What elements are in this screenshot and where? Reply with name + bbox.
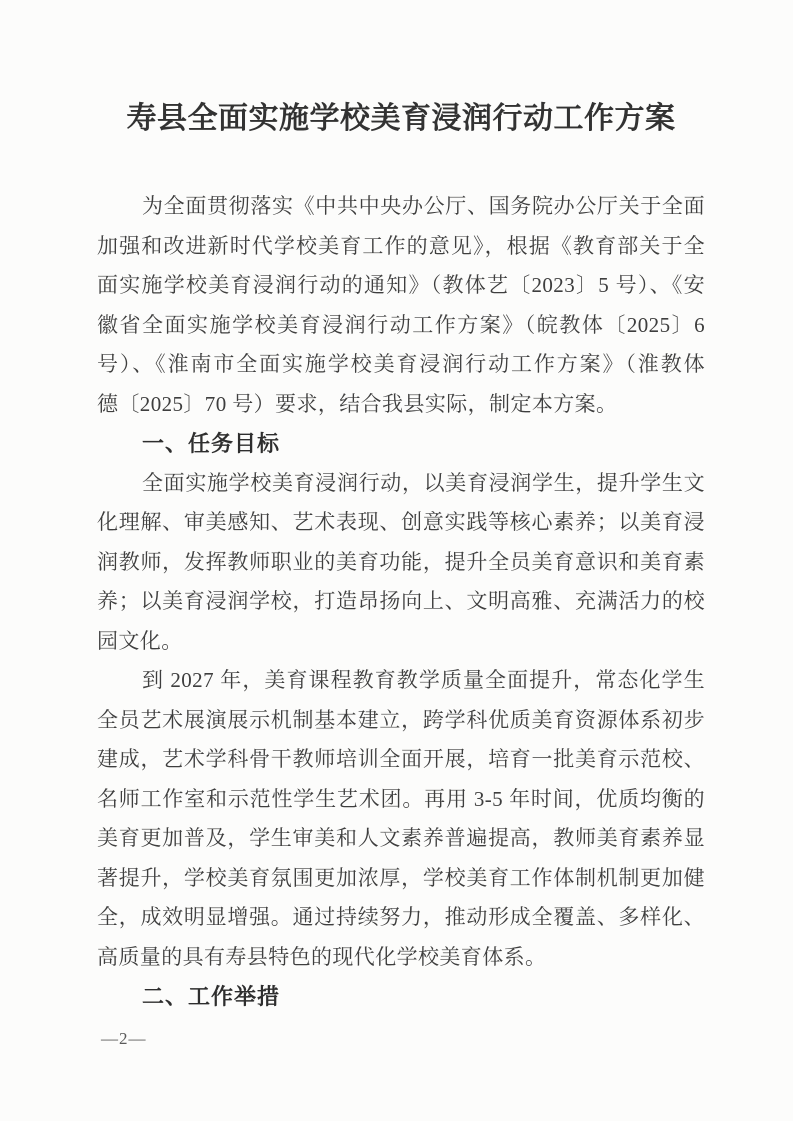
text-line: 加强和改进新时代学校美育工作的意见》，根据《教育部关于全	[97, 227, 705, 267]
text-line: 号）、《淮南市全面实施学校美育浸润行动工作方案》（淮教体	[97, 345, 705, 385]
section-heading: 二、工作举措	[97, 977, 705, 1017]
text-line: 德〔2025〕70 号）要求，结合我县实际，制定本方案。	[97, 385, 705, 425]
text-line: 到 2027 年，美育课程教育教学质量全面提升，常态化学生	[97, 661, 705, 701]
text-line: 高质量的具有寿县特色的现代化学校美育体系。	[97, 938, 705, 978]
text-line: 建成，艺术学科骨干教师培训全面开展，培育一批美育示范校、	[97, 740, 705, 780]
section-heading: 一、任务目标	[97, 424, 705, 464]
text-line: 面实施学校美育浸润行动的通知》（教体艺〔2023〕5 号）、《安	[97, 266, 705, 306]
text-line: 全面实施学校美育浸润行动，以美育浸润学生，提升学生文	[97, 464, 705, 504]
text-line: 全员艺术展演展示机制基本建立，跨学科优质美育资源体系初步	[97, 701, 705, 741]
text-line: 化理解、审美感知、艺术表现、创意实践等核心素养；以美育浸	[97, 503, 705, 543]
text-line: 徽省全面实施学校美育浸润行动工作方案》（皖教体〔2025〕6	[97, 306, 705, 346]
text-line: 润教师，发挥教师职业的美育功能，提升全员美育意识和美育素	[97, 543, 705, 583]
document-title: 寿县全面实施学校美育浸润行动工作方案	[97, 0, 705, 141]
document-page: 寿县全面实施学校美育浸润行动工作方案 为全面贯彻落实《中共中央办公厅、国务院办公…	[0, 0, 793, 1121]
text-line: 名师工作室和示范性学生艺术团。再用 3-5 年时间，优质均衡的	[97, 780, 705, 820]
text-line: 养；以美育浸润学校，打造昂扬向上、文明高雅、充满活力的校	[97, 582, 705, 622]
text-line: 著提升，学校美育氛围更加浓厚，学校美育工作体制机制更加健	[97, 859, 705, 899]
page-number: —2—	[101, 1028, 147, 1050]
text-line: 全，成效明显增强。通过持续努力，推动形成全覆盖、多样化、	[97, 898, 705, 938]
document-body: 为全面贯彻落实《中共中央办公厅、国务院办公厅关于全面加强和改进新时代学校美育工作…	[97, 187, 705, 1017]
text-line: 园文化。	[97, 622, 705, 662]
text-line: 美育更加普及，学生审美和人文素养普遍提高，教师美育素养显	[97, 819, 705, 859]
text-line: 为全面贯彻落实《中共中央办公厅、国务院办公厅关于全面	[97, 187, 705, 227]
